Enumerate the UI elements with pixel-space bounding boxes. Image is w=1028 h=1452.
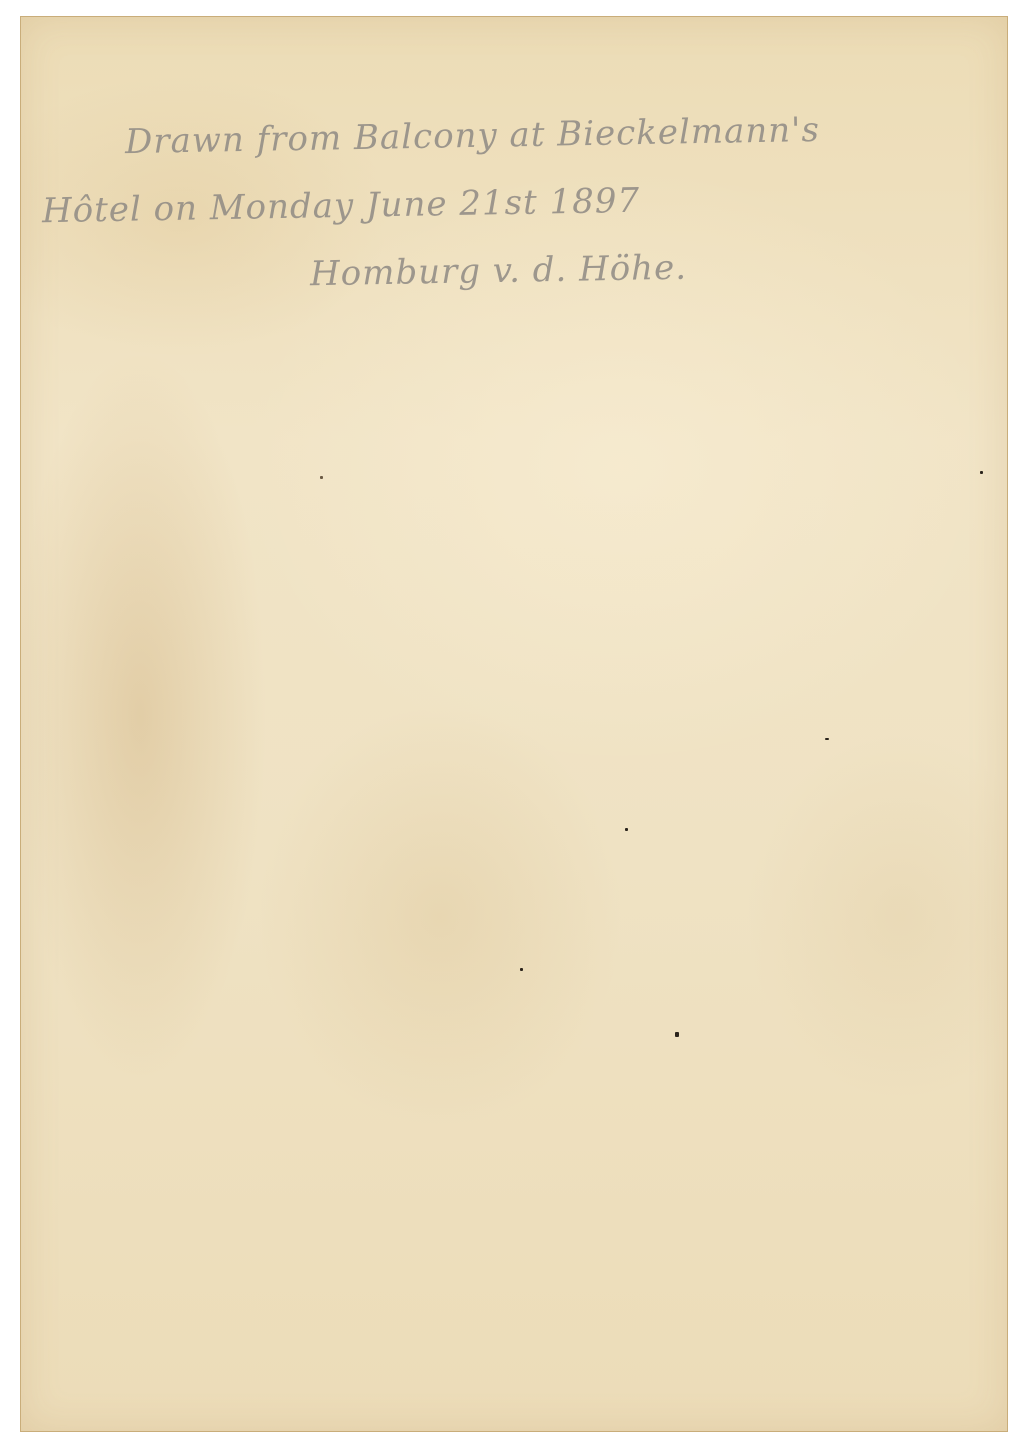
aged-paper-card: Drawn from Balcony at Bieckelmann's Hôte… (20, 16, 1008, 1432)
ink-speck (825, 738, 829, 740)
ink-speck (675, 1032, 679, 1037)
ink-speck (320, 476, 323, 479)
inscription-line-1: Drawn from Balcony at Bieckelmann's (125, 110, 821, 162)
inscription-line-2: Hôtel on Monday June 21st 1897 (42, 181, 641, 231)
ink-speck (520, 968, 523, 971)
ink-speck (625, 828, 628, 831)
handwritten-inscription: Drawn from Balcony at Bieckelmann's Hôte… (20, 16, 1008, 1432)
inscription-line-3: Homburg v. d. Höhe. (310, 248, 688, 295)
ink-speck (980, 471, 983, 474)
